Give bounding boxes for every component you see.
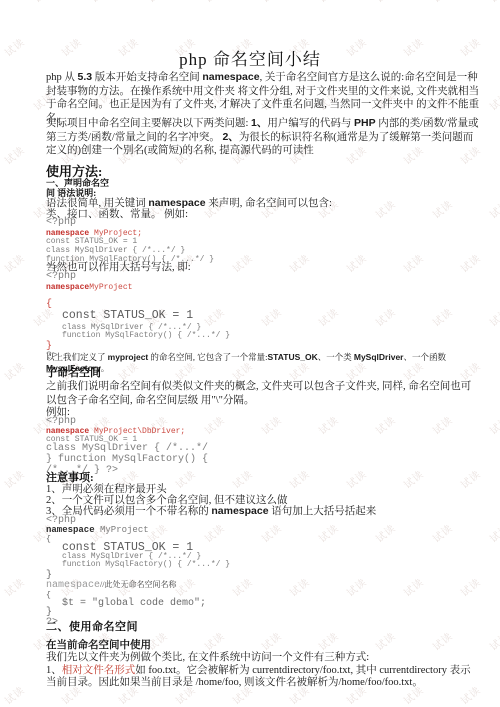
watermark-text: 试读: [1, 358, 27, 384]
usage-subheading-1: 一、声明命名空: [46, 179, 480, 189]
watermark-text: 试读: [1, 250, 27, 276]
code-line: const STATUS_OK = 1: [46, 310, 480, 322]
code-line: } function MySqlFactory() {: [46, 455, 480, 465]
sub-namespace-section: 子命名空间 之前我们说明命名空间有似类似文件夹的概念, 文件夹可以包含子文件夹,…: [46, 367, 480, 419]
watermark-text: 试读: [486, 88, 500, 114]
page-title: php 命名空间小结: [0, 45, 500, 70]
watermark-text: 试读: [144, 0, 170, 5]
document-page: 试读试读试读试读试读试读试读试读试读试读试读试读试读试读试读试读试读试读试读试读…: [0, 0, 500, 707]
watermark-text: 试读: [486, 304, 500, 330]
watermark-text: 试读: [429, 0, 455, 5]
sub-namespace-body: 之前我们说明命名空间有似类似文件夹的概念, 文件夹可以包含子文件夹, 同样, 命…: [46, 380, 480, 407]
watermark-text: 试读: [258, 0, 284, 5]
watermark-text: 试读: [1, 574, 27, 600]
code-line: namespaceMyProject: [46, 284, 480, 292]
watermark-text: 试读: [486, 196, 500, 222]
watermark-text: 试读: [1, 466, 27, 492]
code-line: class MySqlDriver { /*...*/: [46, 444, 480, 454]
watermark-text: 试读: [372, 0, 398, 5]
watermark-text: 试读: [486, 412, 500, 438]
code-line: namespace MyProject: [46, 526, 480, 535]
watermark-text: 试读: [1, 682, 27, 707]
code-line: function MySqlFactory() { /*...*/ }: [46, 332, 480, 340]
code-line: <?php: [46, 417, 480, 427]
code-line: class MySqlDriver { /*...*/ }: [46, 247, 480, 255]
watermark-text: 试读: [1, 142, 27, 168]
usage-section: 使用方法: 一、声明命名空 间 语法说明: 语法很简单, 用关键词 namesp…: [46, 164, 480, 220]
analogy-line: 我们先以文件夹为例做个类比, 在文件系统中访问一个文件有三种方式:: [46, 652, 480, 665]
watermark-text: 试读: [315, 0, 341, 5]
code-line: <?php: [46, 272, 480, 282]
notes-section: 注意事项: 1、声明必须在程序最开头 2、一个文件可以包含多个命名空间, 但不建…: [46, 472, 480, 518]
usage-subheading-2: 间 语法说明:: [46, 189, 480, 199]
watermark-text: 试读: [201, 0, 227, 5]
code-block-2: <?php namespaceMyProject { const STATUS_…: [46, 272, 480, 362]
usage-heading: 使用方法:: [46, 164, 480, 179]
watermark-text: 试读: [87, 0, 113, 5]
code-line: function MySqlFactory() { /*...*/ }: [46, 561, 480, 569]
problems-paragraph: 实际项目中命名空间主要解决以下两类问题: 1、用户编写的代码与 PHP 内部的类…: [46, 117, 480, 158]
code-line: <?php: [46, 218, 480, 228]
usage-line-1: 语法很简单, 用关键词 namespace 来声明, 命名空间可以包含:: [46, 198, 480, 209]
current-namespace-subheading: 在当前命名空间中使用: [46, 640, 480, 652]
sub-namespace-heading: 子命名空间: [46, 367, 480, 380]
watermark-text: 试读: [30, 0, 56, 5]
relative-path-item: 1、相对文件名形式如 foo.txt。它会被解析为 currentdirecto…: [46, 665, 480, 690]
code-line: namespace//此处无命名空间名称: [46, 581, 480, 591]
note-item-1: 1、声明必须在程序最开头: [46, 485, 480, 496]
code-line: const STATUS_OK = 1: [46, 238, 480, 246]
use-namespace-heading: 二、使用命名空间: [46, 621, 480, 634]
use-namespace-section: 二、使用命名空间 在当前命名空间中使用 我们先以文件夹为例做个类比, 在文件系统…: [46, 621, 480, 690]
code-block-3: <?php namespace MyProject\DbDriver; cons…: [46, 417, 480, 476]
watermark-text: 试读: [486, 0, 500, 5]
watermark-text: 试读: [486, 628, 500, 654]
code-block-4: <?php namespace MyProject { const STATUS…: [46, 516, 480, 628]
watermark-text: 试读: [486, 520, 500, 546]
